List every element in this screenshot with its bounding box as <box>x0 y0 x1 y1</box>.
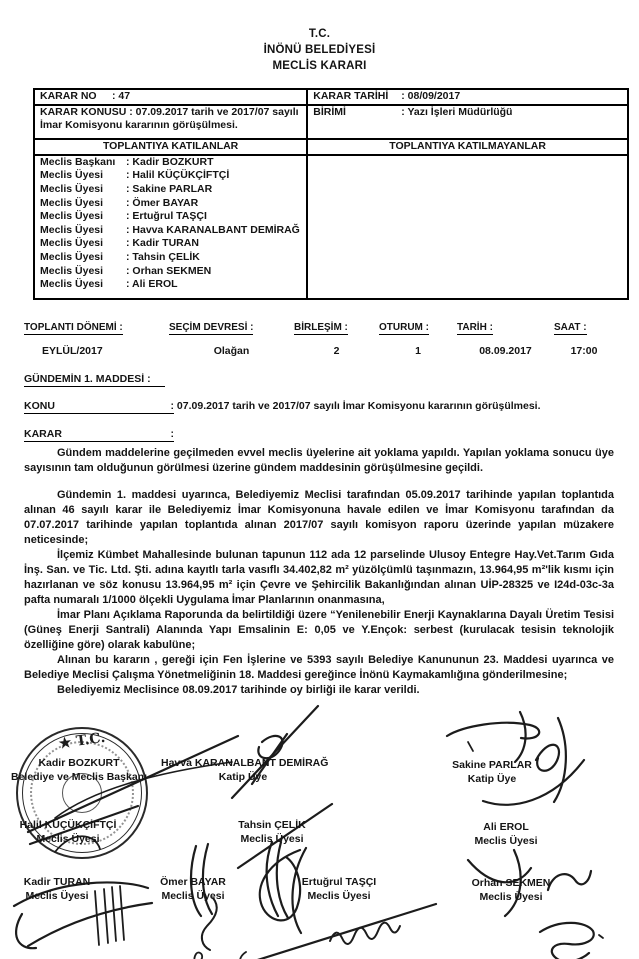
attendee-row: Meclis Üyesi: Tahsin ÇELİK <box>40 251 301 265</box>
karar-konusu-label: KARAR KONUSU <box>40 106 126 118</box>
signature-block-ertugrul: Ertuğrul TAŞÇI Meclis Üyesi <box>257 875 421 903</box>
attendee-row: Meclis Üyesi: Kadir TURAN <box>40 237 301 251</box>
signature-block-halil: Halil KÜÇÜKÇİFTÇİ Meclis Üyesi <box>0 818 136 846</box>
signature-block-bozkurt: Kadir BOZKURT Belediye ve Meclis Başkanı <box>0 756 158 784</box>
letterhead-municipality: İNÖNÜ BELEDİYESİ <box>0 42 639 58</box>
birimi-label: BİRİMİ <box>313 106 401 120</box>
signature-omer <box>194 898 216 959</box>
body-paragraph: İmar Planı Açıklama Raporunda da belirti… <box>24 608 614 653</box>
konu-line: KONU: 07.09.2017 tarih ve 2017/07 sayılı… <box>24 400 616 414</box>
session-col-saat: SAAT : 17:00 <box>554 322 614 357</box>
session-info-strip: TOPLANTI DÖNEMİ : EYLÜL/2017 SEÇİM DEVRE… <box>24 322 624 357</box>
signature-block-tahsin: Tahsin ÇELİK Meclis Üyesi <box>190 818 354 846</box>
letterhead-doc-type: MECLİS KARARI <box>0 58 639 74</box>
stamp-tc-text: ★ T.C. <box>16 724 149 758</box>
attendee-row: Meclis Üyesi: Ertuğrul TAŞÇI <box>40 210 301 224</box>
attendee-row: Meclis Üyesi: Ömer BAYAR <box>40 197 301 211</box>
konu-label: KONU: <box>24 400 174 414</box>
signature-block-sakine: Sakine PARLAR Katip Üye <box>410 758 574 786</box>
letterhead: T.C. İNÖNÜ BELEDİYESİ MECLİS KARARI <box>0 26 639 74</box>
signature-block-orhan: Orhan SEKMEN Meclis Üyesi <box>429 876 593 904</box>
attendee-row: Meclis Başkanı: Kadir BOZKURT <box>40 156 301 170</box>
body-paragraph: İlçemiz Kümbet Mahallesinde bulunan tapu… <box>24 548 614 608</box>
attendee-row: Meclis Üyesi: Ali EROL <box>40 278 301 292</box>
decision-body: Gündem maddelerine geçilmeden evvel mecl… <box>24 446 614 698</box>
body-paragraph: Gündemin 1. maddesi uyarınca, Belediyemi… <box>24 488 614 548</box>
birimi-cell: BİRİMİ: Yazı İşleri Müdürlüğü <box>307 105 628 139</box>
body-paragraph: Alınan bu kararın , gereği için Fen İşle… <box>24 653 614 683</box>
karar-tarihi-cell: KARAR TARİHİ: 08/09/2017 <box>307 89 628 105</box>
birimi-value: : Yazı İşleri Müdürlüğü <box>401 106 512 118</box>
session-col-tarih: TARİH : 08.09.2017 <box>457 322 554 357</box>
attendee-row: Meclis Üyesi: Sakine PARLAR <box>40 183 301 197</box>
absentees-list-empty <box>307 155 628 299</box>
karar-line: KARAR: <box>24 428 174 442</box>
signature-block-kadirturan: Kadir TURAN Meclis Üyesi <box>0 875 114 903</box>
karar-tarihi-label: KARAR TARİHİ <box>313 90 401 104</box>
letterhead-tc: T.C. <box>0 26 639 42</box>
absentees-header: TOPLANTIYA KATILMAYANLAR <box>307 139 628 155</box>
attendee-row: Meclis Üyesi: Havva KARANALBANT DEMİRAĞ <box>40 224 301 238</box>
karar-no-value: : 47 <box>112 90 130 102</box>
karar-tarihi-value: : 08/09/2017 <box>401 90 460 102</box>
signature-block-ali: Ali EROL Meclis Üyesi <box>424 820 588 848</box>
attendee-row: Meclis Üyesi: Orhan SEKMEN <box>40 265 301 279</box>
attendees-header: TOPLANTIYA KATILANLAR <box>34 139 307 155</box>
attendee-row: Meclis Üyesi: Halil KÜÇÜKÇİFTÇİ <box>40 169 301 183</box>
karar-no-cell: KARAR NO: 47 <box>34 89 307 105</box>
signature-ertugrul <box>240 848 436 959</box>
karar-konusu-cell: KARAR KONUSU : 07.09.2017 tarih ve 2017/… <box>34 105 307 139</box>
decision-info-table: KARAR NO: 47 KARAR TARİHİ: 08/09/2017 KA… <box>33 88 629 300</box>
body-paragraph: Gündem maddelerine geçilmeden evvel mecl… <box>24 446 614 476</box>
karar-label: KARAR: <box>24 428 174 442</box>
attendees-list: Meclis Başkanı: Kadir BOZKURT Meclis Üye… <box>34 155 307 299</box>
konu-value: 07.09.2017 tarih ve 2017/07 sayılı İmar … <box>174 400 541 412</box>
session-col-donem: TOPLANTI DÖNEMİ : EYLÜL/2017 <box>24 322 169 357</box>
session-col-devre: SEÇİM DEVRESİ : Olağan <box>169 322 294 357</box>
signature-block-havva: Havva KARANALBANT DEMİRAĞ Katip Üye <box>161 756 325 784</box>
karar-no-label: KARAR NO <box>40 90 112 104</box>
document-page: T.C. İNÖNÜ BELEDİYESİ MECLİS KARARI KARA… <box>0 0 639 959</box>
signature-block-omer: Ömer BAYAR Meclis Üyesi <box>111 875 275 903</box>
session-col-oturum: OTURUM : 1 <box>379 322 457 357</box>
agenda-heading: GÜNDEMİN 1. MADDESİ : <box>24 373 165 385</box>
session-col-birlesim: BİRLEŞİM : 2 <box>294 322 379 357</box>
body-paragraph: Belediyemiz Meclisince 08.09.2017 tarihi… <box>24 683 614 698</box>
